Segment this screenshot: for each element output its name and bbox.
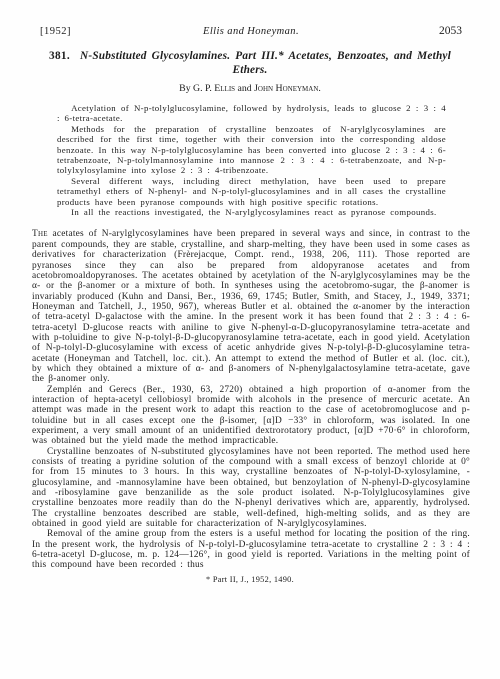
author-2: John Honeyman.: [254, 83, 321, 94]
body-paragraph: The acetates of N-arylglycosylamines hav…: [32, 229, 470, 384]
journal-page: [1952] Ellis and Honeyman. 2053 381.N-Su…: [0, 0, 500, 679]
body-paragraph: Crystalline benzoates of N-substituted g…: [32, 447, 470, 530]
page-number: 2053: [439, 25, 462, 37]
article-title: 381.N-Substituted Glycosylamines. Part I…: [48, 50, 452, 77]
running-title: Ellis and Honeyman.: [40, 26, 462, 38]
running-head: [1952] Ellis and Honeyman. 2053: [40, 26, 462, 40]
abstract-paragraph: Acetylation of N-p-tolylglucosylamine, f…: [57, 103, 446, 124]
abstract-paragraph: In all the reactions investigated, the N…: [57, 207, 446, 217]
abstract-paragraph: Methods for the preparation of crystalli…: [57, 124, 446, 176]
byline: By G. P. Ellis and John Honeyman.: [0, 83, 500, 94]
article-number: 381.: [49, 50, 70, 62]
byline-conjunction: and: [235, 83, 254, 94]
lead-word: The: [32, 229, 48, 239]
article-body: The acetates of N-arylglycosylamines hav…: [32, 229, 470, 570]
body-paragraph: Removal of the amine group from the este…: [32, 529, 470, 570]
byline-prefix: By: [179, 83, 193, 94]
author-1: G. P. Ellis: [193, 83, 235, 94]
body-paragraph: Zemplén and Gerecs (Ber., 1930, 63, 2720…: [32, 385, 470, 447]
body-paragraph-text: acetates of N-arylglycosylamines have be…: [32, 229, 470, 384]
abstract-paragraph: Several different ways, including direct…: [57, 176, 446, 207]
article-title-text: N-Substituted Glycosylamines. Part III.*…: [80, 50, 451, 76]
abstract: Acetylation of N-p-tolylglucosylamine, f…: [57, 103, 446, 217]
footnote: * Part II, J., 1952, 1490.: [0, 575, 500, 585]
